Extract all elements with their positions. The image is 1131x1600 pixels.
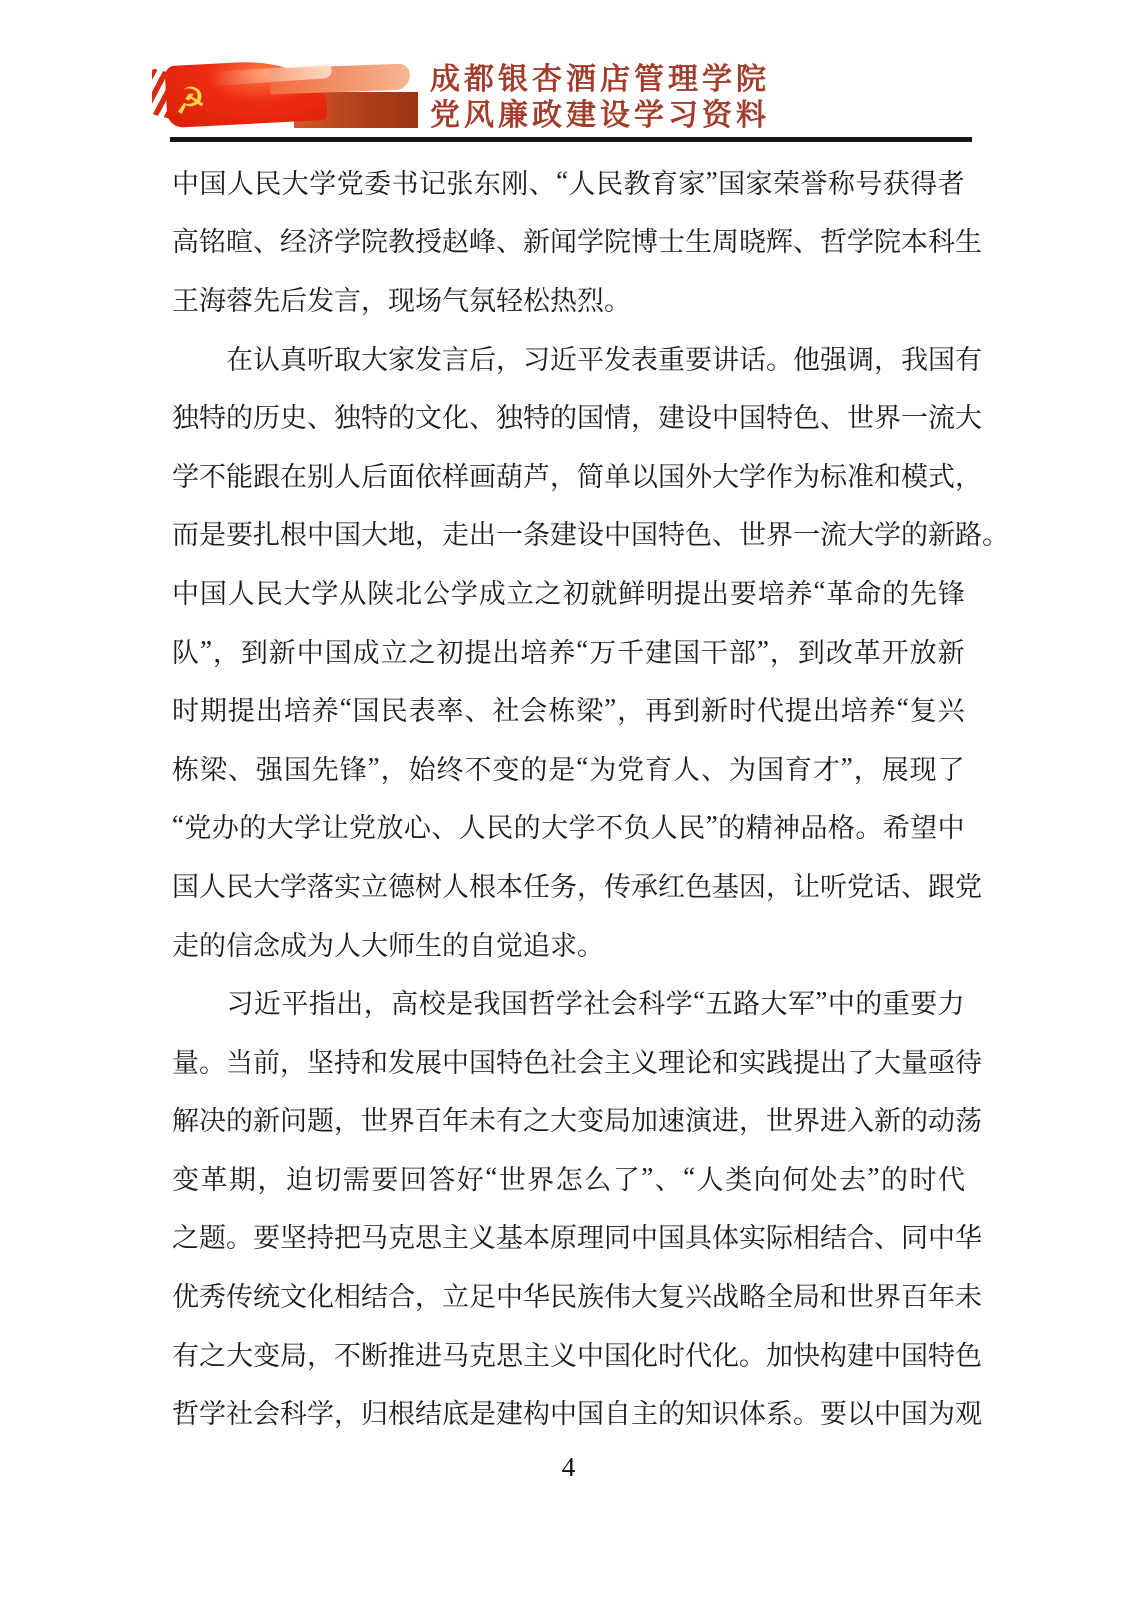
text-line: 优秀传统文化相结合，立足中华民族伟大复兴战略全局和世界百年未: [172, 1265, 965, 1324]
page-header: ☭ 成都银杏酒店管理学院 党风廉政建设学习资料: [0, 0, 1131, 148]
text-line: 学不能跟在别人后面依样画葫芦，简单以国外大学作为标准和模式，: [172, 445, 965, 504]
doc-title: 党风廉政建设学习资料: [430, 98, 770, 134]
document-body: 中国人民大学党委书记张东刚、“人民教育家”国家荣誉称号获得者高铭暄、经济学院教授…: [172, 152, 965, 1441]
header-divider: [170, 137, 972, 142]
school-logo: ☭: [152, 58, 420, 134]
text-line: 习近平指出，高校是我国哲学社会科学“五路大军”中的重要力: [172, 972, 965, 1031]
page-footer: 4: [172, 1452, 965, 1483]
text-line: 之题。要坚持把马克思主义基本原理同中国具体实际相结合、同中华: [172, 1207, 965, 1266]
page-number: 4: [562, 1452, 576, 1482]
text-line: 队”，到新中国成立之初提出培养“万千建国干部”，到改革开放新: [172, 621, 965, 680]
text-line: 而是要扎根中国大地，走出一条建设中国特色、世界一流大学的新路。: [172, 504, 965, 563]
text-line: 中国人民大学从陕北公学成立之初就鲜明提出要培养“革命的先锋: [172, 562, 965, 621]
text-line: 王海蓉先后发言，现场气氛轻松热烈。: [172, 269, 965, 328]
text-line: 时期提出培养“国民表率、社会栋梁”，再到新时代提出培养“复兴: [172, 679, 965, 738]
text-line: 有之大变局，不断推进马克思主义中国化时代化。加快构建中国特色: [172, 1324, 965, 1383]
hammer-sickle-icon: ☭: [172, 82, 208, 121]
text-line: “党办的大学让党放心、人民的大学不负人民”的精神品格。希望中: [172, 797, 965, 856]
text-line: 独特的历史、独特的文化、独特的国情，建设中国特色、世界一流大: [172, 386, 965, 445]
text-line: 栋梁、强国先锋”，始终不变的是“为党育人、为国育才”，展现了: [172, 738, 965, 797]
org-name: 成都银杏酒店管理学院: [430, 62, 770, 98]
text-line: 哲学社会科学，归根结底是建构中国自主的知识体系。要以中国为观: [172, 1382, 965, 1441]
text-line: 高铭暄、经济学院教授赵峰、新闻学院博士生周晓辉、哲学院本科生: [172, 211, 965, 270]
header-title-block: 成都银杏酒店管理学院 党风廉政建设学习资料: [430, 62, 770, 134]
text-line: 国人民大学落实立德树人根本任务，传承红色基因，让听党话、跟党: [172, 855, 965, 914]
text-line: 变革期，迫切需要回答好“世界怎么了”、“人类向何处去”的时代: [172, 1148, 965, 1207]
text-line: 量。当前，坚持和发展中国特色社会主义理论和实践提出了大量亟待: [172, 1031, 965, 1090]
text-line: 中国人民大学党委书记张东刚、“人民教育家”国家荣誉称号获得者: [172, 152, 965, 211]
text-line: 解决的新问题，世界百年未有之大变局加速演进，世界进入新的动荡: [172, 1090, 965, 1149]
text-line: 在认真听取大家发言后，习近平发表重要讲话。他强调，我国有: [172, 328, 965, 387]
text-line: 走的信念成为人大师生的自觉追求。: [172, 914, 965, 973]
